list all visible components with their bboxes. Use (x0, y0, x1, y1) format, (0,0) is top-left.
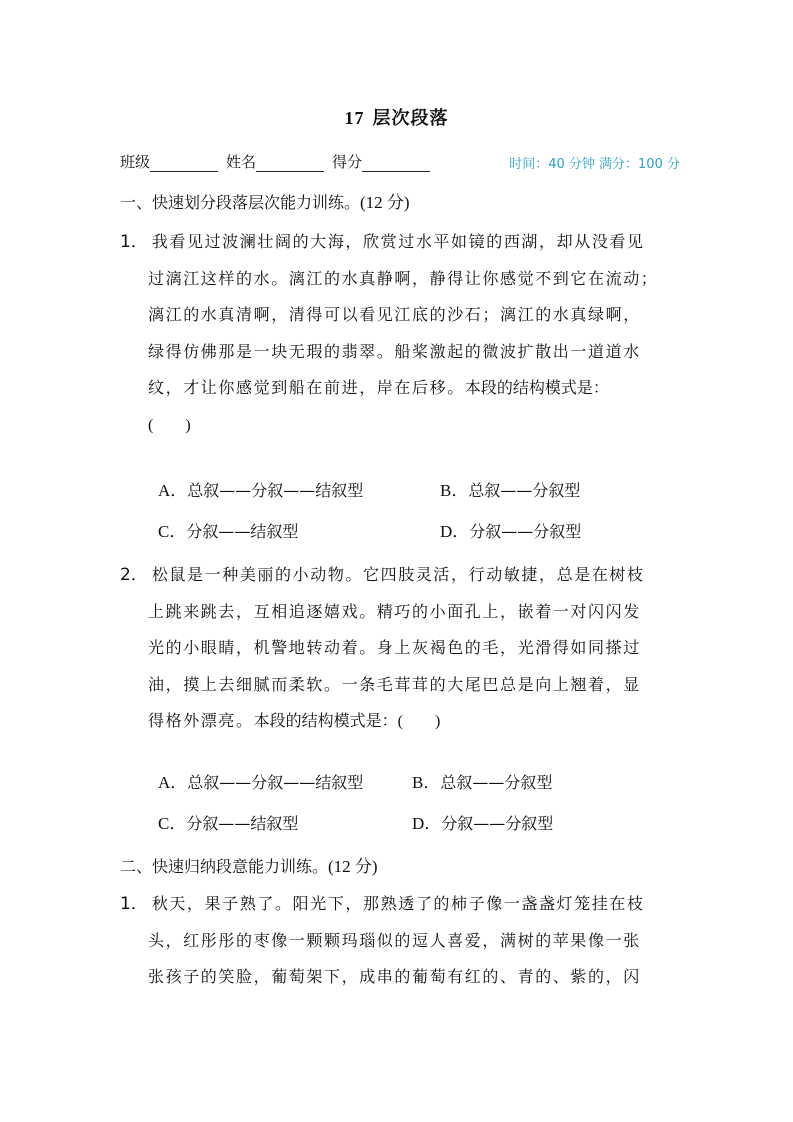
section-2-title: 二、快速归纳段意能力训练。 (120, 857, 328, 876)
score-blank[interactable] (362, 155, 430, 172)
option-letter: D． (412, 814, 441, 833)
class-blank[interactable] (150, 155, 218, 172)
class-field: 班级 (120, 151, 218, 172)
question-text: 绿得仿佛那是一块无瑕的翡翠。船桨激起的微波扩散出一道道水 (148, 342, 641, 361)
question-text: 松鼠是一种美丽的小动物。它四肢灵活，行动敏捷，总是在树枝 (152, 565, 645, 584)
student-info-row: 班级 姓名 得分 时间：40 分钟 满分：100 分 (120, 148, 680, 172)
option-row: A．总叙——分叙——结叙型 B．总叙——分叙型 (158, 762, 553, 803)
section-2-points: (12 分) (328, 857, 378, 876)
option-c[interactable]: C．分叙——结叙型 (158, 803, 412, 844)
lesson-title: 层次段落 (373, 108, 449, 129)
option-letter: A． (158, 773, 187, 792)
option-text: 分叙——分叙型 (469, 522, 581, 541)
section-1-title: 一、快速划分段落层次能力训练。 (120, 193, 360, 212)
section-1-heading: 一、快速划分段落层次能力训练。(12 分) (120, 188, 410, 213)
option-text: 总叙——分叙型 (468, 481, 580, 500)
option-d[interactable]: D．分叙——分叙型 (412, 803, 553, 844)
question-line: 漓江的水真清啊，清得可以看见江底的沙石；漓江的水真绿啊， (120, 297, 680, 334)
question-line: 油，摸上去细腻而柔软。一条毛茸茸的大尾巴总是向上翘着，显 (120, 667, 680, 704)
name-label: 姓名 (226, 153, 256, 171)
question-text: 我看见过波澜壮阔的大海，欣赏过水平如镜的西湖，却从没看见 (152, 232, 645, 251)
question-text: 头，红彤彤的枣像一颗颗玛瑙似的逗人喜爱，满树的苹果像一张 (148, 931, 641, 950)
question-line: 1．秋天，果子熟了。阳光下，那熟透了的柿子像一盏盏灯笼挂在枝 (120, 886, 680, 923)
score-label: 得分 (332, 153, 362, 171)
question-line: 纹，才让你感觉到船在前进，岸在后移。本段的结构模式是： (120, 370, 680, 407)
option-b[interactable]: B．总叙——分叙型 (412, 762, 552, 803)
option-d[interactable]: D．分叙——分叙型 (440, 511, 581, 552)
question-number: 2． (120, 565, 148, 585)
question-line: 2．松鼠是一种美丽的小动物。它四肢灵活，行动敏捷，总是在树枝 (120, 557, 680, 594)
name-field: 姓名 (226, 151, 324, 172)
question-text: 漓江的水真清啊，清得可以看见江底的沙石；漓江的水真绿啊， (148, 305, 641, 324)
time-and-score-meta: 时间：40 分钟 满分：100 分 (509, 153, 680, 172)
option-text: 总叙——分叙——结叙型 (187, 773, 363, 792)
name-blank[interactable] (256, 155, 324, 172)
option-letter: D． (440, 522, 469, 541)
question-1-2-options: A．总叙——分叙——结叙型 B．总叙——分叙型 C．分叙——结叙型 D．分叙——… (158, 762, 553, 844)
question-text: 过漓江这样的水。漓江的水真静啊，静得让你感觉不到它在流动； (148, 269, 658, 288)
option-text: 分叙——结叙型 (186, 522, 298, 541)
option-text: 总叙——分叙——结叙型 (187, 481, 363, 500)
lesson-number: 17 (345, 108, 365, 128)
question-text: 光的小眼睛，机警地转动着。身上灰褐色的毛，光滑得如同搽过 (148, 638, 641, 657)
question-line: 头，红彤彤的枣像一颗颗玛瑙似的逗人喜爱，满树的苹果像一张 (120, 923, 680, 960)
class-label: 班级 (120, 153, 150, 171)
question-line: 上跳来跳去，互相追逐嬉戏。精巧的小面孔上，嵌着一对闪闪发 (120, 594, 680, 631)
option-a[interactable]: A．总叙——分叙——结叙型 (158, 470, 440, 511)
question-text: 纹，才让你感觉到船在前进，岸在后移。 (148, 378, 465, 397)
option-text: 分叙——结叙型 (186, 814, 298, 833)
page-title: 17层次段落 (0, 104, 793, 130)
question-1-1-options: A．总叙——分叙——结叙型 B．总叙——分叙型 C．分叙——结叙型 D．分叙——… (158, 470, 581, 552)
option-letter: B． (412, 773, 440, 792)
score-field: 得分 (332, 151, 430, 172)
question-2-1: 1．秋天，果子熟了。阳光下，那熟透了的柿子像一盏盏灯笼挂在枝 头，红彤彤的枣像一… (120, 886, 680, 996)
question-number: 1． (120, 894, 148, 914)
option-row: C．分叙——结叙型 D．分叙——分叙型 (158, 803, 553, 844)
question-number: 1． (120, 232, 148, 252)
section-2-heading: 二、快速归纳段意能力训练。(12 分) (120, 852, 378, 877)
option-row: C．分叙——结叙型 D．分叙——分叙型 (158, 511, 581, 552)
option-letter: A． (158, 481, 187, 500)
option-letter: C． (158, 814, 186, 833)
option-text: 分叙——分叙型 (441, 814, 553, 833)
option-c[interactable]: C．分叙——结叙型 (158, 511, 440, 552)
question-line: 1．我看见过波澜壮阔的大海，欣赏过水平如镜的西湖，却从没看见 (120, 224, 680, 261)
question-line: 过漓江这样的水。漓江的水真静啊，静得让你感觉不到它在流动； (120, 261, 680, 298)
option-a[interactable]: A．总叙——分叙——结叙型 (158, 762, 412, 803)
question-1-1: 1．我看见过波澜壮阔的大海，欣赏过水平如镜的西湖，却从没看见 过漓江这样的水。漓… (120, 224, 680, 443)
question-line: ( ) (120, 407, 680, 444)
question-prompt: 本段的结构模式是： (465, 378, 609, 397)
question-line: 光的小眼睛，机警地转动着。身上灰褐色的毛，光滑得如同搽过 (120, 630, 680, 667)
answer-blank[interactable]: ( ) (148, 417, 191, 434)
question-text: 得格外漂亮。 (148, 711, 254, 730)
question-line: 得格外漂亮。本段的结构模式是：( ) (120, 703, 680, 740)
option-letter: B． (440, 481, 468, 500)
question-text: 秋天，果子熟了。阳光下，那熟透了的柿子像一盏盏灯笼挂在枝 (152, 894, 645, 913)
question-text: 张孩子的笑脸，葡萄架下，成串的葡萄有红的、青的、紫的，闪 (148, 967, 641, 986)
question-text: 上跳来跳去，互相追逐嬉戏。精巧的小面孔上，嵌着一对闪闪发 (148, 602, 641, 621)
question-1-2: 2．松鼠是一种美丽的小动物。它四肢灵活，行动敏捷，总是在树枝 上跳来跳去，互相追… (120, 557, 680, 740)
question-line: 张孩子的笑脸，葡萄架下，成串的葡萄有红的、青的、紫的，闪 (120, 959, 680, 996)
question-prompt: 本段的结构模式是： (254, 711, 398, 730)
option-row: A．总叙——分叙——结叙型 B．总叙——分叙型 (158, 470, 581, 511)
option-text: 总叙——分叙型 (440, 773, 552, 792)
question-text: 油，摸上去细腻而柔软。一条毛茸茸的大尾巴总是向上翘着，显 (148, 675, 641, 694)
question-line: 绿得仿佛那是一块无瑕的翡翠。船桨激起的微波扩散出一道道水 (120, 334, 680, 371)
option-letter: C． (158, 522, 186, 541)
section-1-points: (12 分) (360, 193, 410, 212)
option-b[interactable]: B．总叙——分叙型 (440, 470, 580, 511)
answer-blank[interactable]: ( ) (398, 713, 441, 730)
